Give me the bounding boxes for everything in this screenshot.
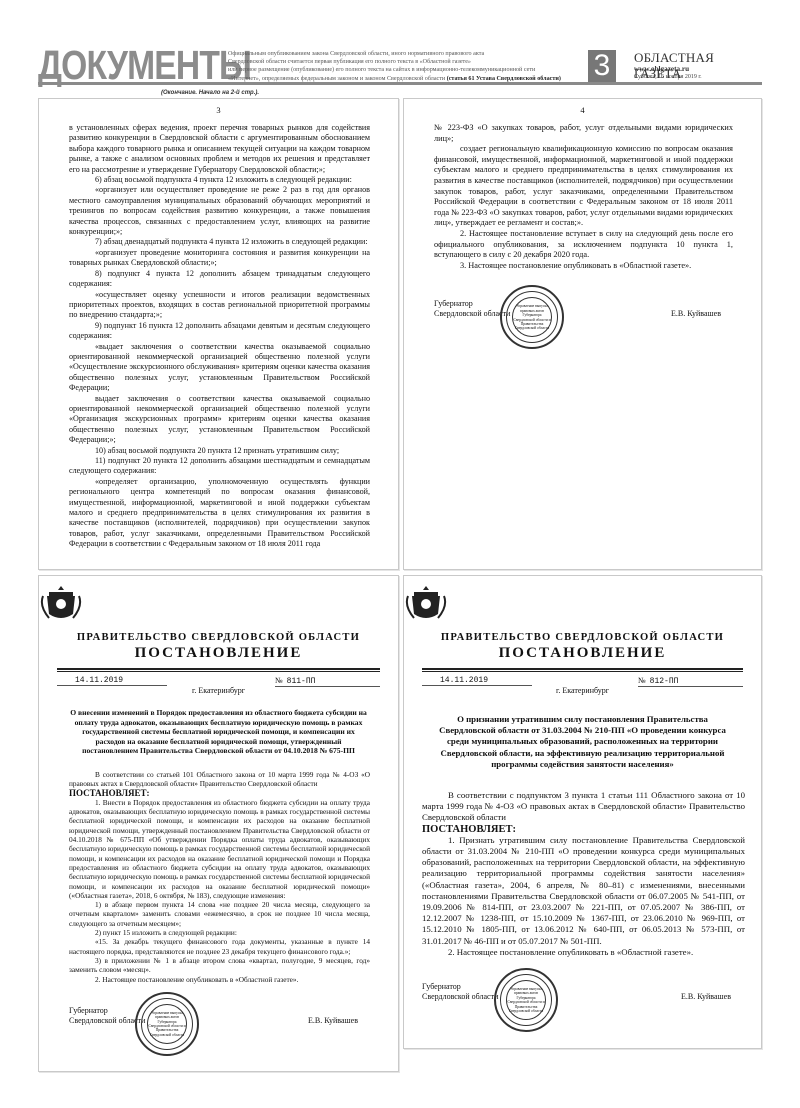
paragraph: в установленных сферах ведения, проект п… <box>69 123 370 175</box>
decree-meta: 14.11.2019 №811-ПП г. Екатеринбург <box>39 672 398 698</box>
signatory-name: Е.В. Куйвашев <box>671 309 721 319</box>
legal-note: Официальным опубликованием закона Свердл… <box>228 50 618 83</box>
resolves-heading: ПОСТАНОВЛЯЕТ: <box>422 824 745 835</box>
legal-note-line: Свердловской области считается первая пу… <box>228 58 618 66</box>
paragraph: 3. Настоящее постановление опубликовать … <box>434 261 733 272</box>
page-body: в установленных сферах ведения, проект п… <box>39 123 398 550</box>
paragraph: 3) в приложении № 1 в абзаце втором слов… <box>69 956 370 975</box>
section-title: ДОКУМЕНТЫ <box>38 46 251 84</box>
paragraph: 2. Настоящее постановление опубликовать … <box>422 947 745 958</box>
decree-city: г. Екатеринбург <box>404 686 761 695</box>
government-name: ПРАВИТЕЛЬСТВО СВЕРДЛОВСКОЙ ОБЛАСТИ <box>39 632 398 643</box>
document-page-3: 3 в установленных сферах ведения, проект… <box>38 98 399 570</box>
decree-body: В соответствии со статьей 101 Областного… <box>39 770 398 984</box>
paragraph: 1) в абзаце первом пункта 14 слова «не п… <box>69 900 370 928</box>
page-body: № 223-ФЗ «О закупках товаров, работ, усл… <box>404 123 761 271</box>
paragraph: «определяет организацию, уполномоченную … <box>69 477 370 550</box>
paragraph: 7) абзац двенадцатый подпункта 4 пункта … <box>69 237 370 247</box>
paragraph: 2) пункт 15 изложить в следующей редакци… <box>69 928 370 937</box>
signatory-title: Губернатор Свердловской области <box>422 982 498 1002</box>
newspaper-url[interactable]: www.oblgazeta.ru <box>634 65 689 73</box>
decree-title: О внесении изменений в Порядок предостав… <box>39 708 398 756</box>
signatory-name: Е.В. Куйвашев <box>308 1016 358 1026</box>
decree-date: 14.11.2019 <box>422 676 532 686</box>
decree-body: В соответствии с подпунктом 3 пункта 1 с… <box>404 790 761 958</box>
paragraph: «организует или осуществляет проведение … <box>69 185 370 237</box>
newspaper-page-number: 3 <box>588 50 616 82</box>
resolves-heading: ПОСТАНОВЛЯЕТ: <box>69 789 370 798</box>
paragraph: 8) подпункт 4 пункта 12 дополнить абзаце… <box>69 269 370 290</box>
masthead: ДОКУМЕНТЫ Официальным опубликованием зак… <box>38 48 762 85</box>
signature-block: Губернатор Свердловской области Управлен… <box>39 992 398 1062</box>
decree-meta: 14.11.2019 №812-ПП г. Екатеринбург <box>404 672 761 698</box>
document-page-4: 4 № 223-ФЗ «О закупках товаров, работ, у… <box>403 98 762 570</box>
preamble: В соответствии со статьей 101 Областного… <box>69 770 370 789</box>
official-seal-icon: Управление выпуска правовых актов Губерн… <box>135 992 199 1056</box>
legal-note-line: Официальным опубликованием закона Свердл… <box>228 50 618 58</box>
document-type: ПОСТАНОВЛЕНИЕ <box>39 645 398 662</box>
legal-note-line: или первое размещение (опубликование) ег… <box>228 66 618 74</box>
issue-date: Суббота, 16 ноября 2019 г. <box>634 74 702 80</box>
coat-of-arms-icon <box>404 584 448 624</box>
paragraph: 2. Настоящее постановление опубликовать … <box>69 975 370 984</box>
paragraph: № 223-ФЗ «О закупках товаров, работ, усл… <box>434 123 733 144</box>
paragraph: выдает заключения о соответствии качеств… <box>69 394 370 446</box>
signature-block: Губернатор Свердловской области Управлен… <box>404 285 761 355</box>
paragraph: «15. За декабрь текущего финансового год… <box>69 937 370 956</box>
legal-note-line: «Интернет», определяемых федеральным зак… <box>228 76 445 82</box>
preamble: В соответствии с подпунктом 3 пункта 1 с… <box>422 790 745 824</box>
paragraph: 1. Признать утратившим силу постановлени… <box>422 835 745 947</box>
continuation-note: (Окончание. Начало на 2-й стр.). <box>0 90 420 96</box>
paragraph: 11) подпункт 20 пункта 12 дополнить абза… <box>69 456 370 477</box>
paragraph: 10) абзац восьмой подпункта 20 пункта 12… <box>69 446 370 456</box>
paragraph: «выдает заключения о соответствии качест… <box>69 342 370 394</box>
document-type: ПОСТАНОВЛЕНИЕ <box>404 645 761 662</box>
legal-note-citation: (статья 61 Устава Свердловской области) <box>447 76 561 82</box>
official-seal-icon: Управление выпуска правовых актов Губерн… <box>500 285 564 349</box>
decree-812: ПРАВИТЕЛЬСТВО СВЕРДЛОВСКОЙ ОБЛАСТИ ПОСТА… <box>403 575 762 1049</box>
government-name: ПРАВИТЕЛЬСТВО СВЕРДЛОВСКОЙ ОБЛАСТИ <box>404 632 761 643</box>
signature-block: Губернатор Свердловской области Управлен… <box>404 968 761 1038</box>
paragraph: 2. Настоящее постановление вступает в си… <box>434 229 733 261</box>
paragraph: 6) абзац восьмой подпункта 4 пункта 12 и… <box>69 175 370 185</box>
paragraph: «организует проведение мониторинга состо… <box>69 248 370 269</box>
official-seal-icon: Управление выпуска правовых актов Губерн… <box>494 968 558 1032</box>
paragraph: создает региональную квалификационную ко… <box>434 144 733 229</box>
signatory-title: Губернатор Свердловской области <box>434 299 510 319</box>
paragraph: 9) подпункт 16 пункта 12 дополнить абзац… <box>69 321 370 342</box>
paragraph: «осуществляет оценку успешности и итогов… <box>69 290 370 321</box>
decree-811: ПРАВИТЕЛЬСТВО СВЕРДЛОВСКОЙ ОБЛАСТИ ПОСТА… <box>38 575 399 1072</box>
coat-of-arms-icon <box>39 584 83 624</box>
decree-date: 14.11.2019 <box>57 676 167 686</box>
page-number: 3 <box>39 105 398 115</box>
paragraph: 1. Внести в Порядок предоставления из об… <box>69 798 370 900</box>
signatory-title: Губернатор Свердловской области <box>69 1006 145 1026</box>
decree-title: О признании утратившим силу постановлени… <box>404 714 761 770</box>
signatory-name: Е.В. Куйвашев <box>681 992 731 1002</box>
page-number: 4 <box>404 105 761 115</box>
decree-city: г. Екатеринбург <box>39 686 398 695</box>
